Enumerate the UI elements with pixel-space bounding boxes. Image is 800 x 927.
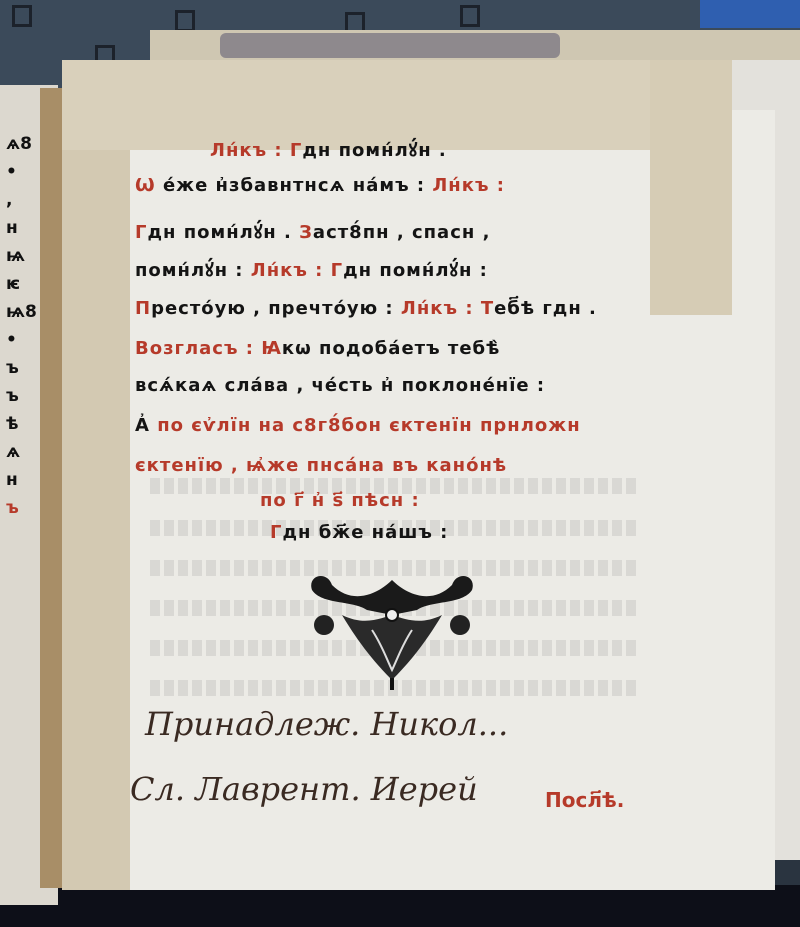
margin-glyph: , [0, 186, 44, 214]
tape-right [650, 60, 732, 315]
handwritten-inscription-line-2: Сл. Лаврент. Иерей [130, 770, 478, 808]
handwritten-inscription-line-1: Принадлеж. Никол... [145, 705, 508, 743]
fabric-pattern [12, 5, 32, 27]
text-line-5: Престо́ую , пречто́ую : Лн́къ : Теб҃ѣ гд… [135, 298, 597, 319]
text-line-11: Гдн бж҃е на́шъ : [270, 522, 448, 543]
margin-glyph: • [0, 158, 44, 186]
text-line-2: Ѡ е́же н҆збавнтнсѧ на́мъ : Лн́къ : [135, 175, 505, 196]
margin-glyph: ѩ [0, 242, 44, 270]
fabric-pattern [460, 5, 480, 27]
background-blue-fabric [700, 0, 800, 28]
floral-ornament-icon [302, 570, 482, 695]
margin-glyph: ѩ8 [0, 298, 44, 326]
margin-glyph: ѥ [0, 270, 44, 298]
margin-glyph: н [0, 214, 44, 242]
margin-glyph: ѧ8 [0, 130, 44, 158]
text-line-7: всѧ́каѧ сла́ва , че́сть н҆ поклоне́нїе : [135, 375, 545, 396]
left-page-text: ѧ8 • , н ѩ ѥ ѩ8 • ъ ъ ѣ ѧ н ъ [0, 130, 44, 850]
catchword: Посл҃ѣ. [545, 788, 624, 812]
text-line-6: Возглаcъ : Ꙗкѡ подоба́етъ тебѣ̀ [135, 338, 500, 359]
margin-glyph: ъ [0, 494, 44, 522]
background-dark [0, 885, 800, 927]
text-line-8: А҆ по єѵ҆лїн на с8г8́бон єктенїн прнложн [135, 415, 581, 436]
text-line-4: помн́лꙋ́н : Лн́къ : Гдн помн́лꙋ́н : [135, 258, 488, 282]
tape-top [62, 60, 732, 150]
text-line-1: Лн́къ : Гдн помн́лꙋ́н . [210, 138, 447, 162]
margin-glyph: н [0, 466, 44, 494]
fabric-pattern [175, 10, 195, 32]
text-line-9: єктенїю , ѩ҆же пнса́на въ кано́нѣ [135, 455, 507, 476]
margin-glyph: ѧ [0, 438, 44, 466]
ink-stain [220, 33, 560, 58]
text-line-10: по г҃ н҆ ѕ҃ пѣсн : [260, 490, 420, 511]
margin-glyph: • [0, 326, 44, 354]
margin-glyph: ъ [0, 354, 44, 382]
margin-glyph: ъ [0, 382, 44, 410]
margin-glyph: ѣ [0, 410, 44, 438]
tape-left [62, 150, 130, 890]
text-line-3: Гдн помн́лꙋ́н . Заст8́пн , спаcн , [135, 220, 490, 244]
